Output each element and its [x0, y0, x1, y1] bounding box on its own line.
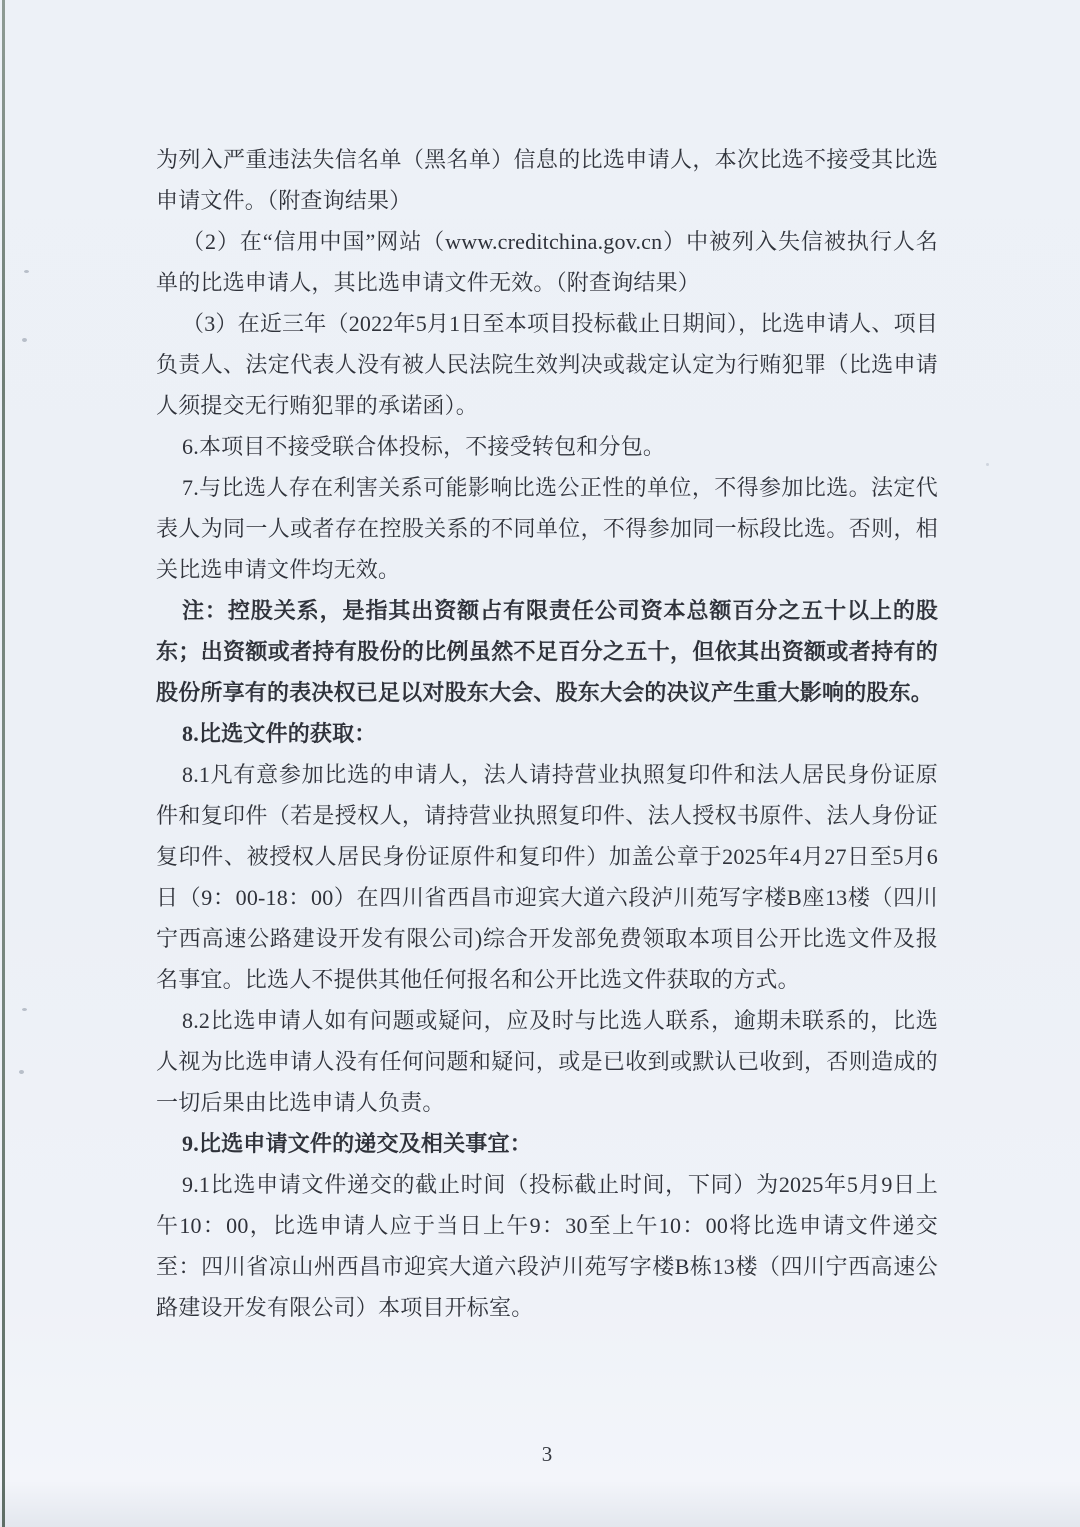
scanner-edge-line [2, 0, 5, 1527]
paragraph-clause-7: 7.与比选人存在利害关系可能影响比选公正性的单位，不得参加比选。法定代表人为同一… [156, 467, 938, 590]
scan-speck [22, 1008, 27, 1011]
paragraph-note: 注：控股关系，是指其出资额占有限责任公司资本总额百分之五十以上的股东；出资额或者… [156, 590, 938, 713]
paragraph-clause-2: （2）在“信用中国”网站（www.creditchina.gov.cn）中被列入… [156, 221, 938, 303]
paragraph-clause-6: 6.本项目不接受联合体投标，不接受转包和分包。 [156, 426, 938, 467]
scan-speck [22, 338, 27, 342]
scan-speck [24, 270, 29, 273]
paragraph-clause-8-2: 8.2比选申请人如有问题或疑问，应及时与比选人联系，逾期未联系的，比选人视为比选… [156, 1000, 938, 1123]
section-9-heading: 9.比选申请文件的递交及相关事宜： [156, 1123, 938, 1164]
paragraph-clause-8-1: 8.1凡有意参加比选的申请人，法人请持营业执照复印件和法人居民身份证原件和复印件… [156, 754, 938, 1000]
paragraph-clause-3: （3）在近三年（2022年5月1日至本项目投标截止日期间），比选申请人、项目负责… [156, 303, 938, 426]
scan-speck [986, 463, 989, 466]
document-body: 为列入严重违法失信名单（黑名单）信息的比选申请人，本次比选不接受其比选申请文件。… [156, 139, 938, 1328]
scan-speck [19, 1070, 24, 1074]
scanned-document-page: 为列入严重违法失信名单（黑名单）信息的比选申请人，本次比选不接受其比选申请文件。… [0, 0, 1080, 1527]
section-8-heading: 8.比选文件的获取： [156, 713, 938, 754]
page-number: 3 [156, 1440, 938, 1468]
paragraph-continuation: 为列入严重违法失信名单（黑名单）信息的比选申请人，本次比选不接受其比选申请文件。… [156, 139, 938, 221]
paragraph-clause-9-1: 9.1比选申请文件递交的截止时间（投标截止时间，下同）为2025年5月9日上午1… [156, 1164, 938, 1328]
